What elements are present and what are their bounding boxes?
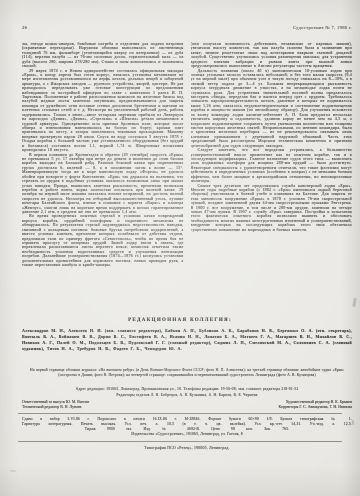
section-editors-line: Редакторы отделов Л. Н. Бобрецов, А. В. …: [22, 393, 352, 397]
divider-rule-top: [18, 413, 342, 414]
scan-smudge: [10, 470, 16, 472]
body-paragraph: лы, гнезда шпиль-анкеров, бомбовые погре…: [22, 42, 184, 69]
page-header: 26 Судостроение № 7, 1986 г.: [22, 25, 352, 30]
staff-credits-right: Художественный редактор В. К. Брыков Кор…: [278, 400, 352, 410]
body-paragraph: Свыше трех десятков лет продолжалась слу…: [191, 184, 353, 233]
imprint-line: Тираж 9900 экз. Изд. № 4692-В. Цена 90 к…: [85, 427, 290, 432]
staff-credits: Ответственный за выпуск Ю. М. Визгин Тех…: [22, 400, 352, 410]
cover-captions-note: На первой странице обложки журнала: «На …: [30, 368, 344, 377]
page-number: 26: [22, 25, 27, 30]
editorial-address-line: Адрес редакции: 191065, Ленинград, Промы…: [22, 387, 352, 391]
scan-smudge: [352, 298, 357, 307]
body-paragraph: Во время проведенных опытных стрельб в у…: [22, 214, 184, 267]
body-paragraph: Следует заметить, что все недоделки устр…: [191, 148, 353, 183]
scan-smudge: [352, 420, 355, 425]
journal-page-scan: 26 Судостроение № 7, 1986 г. лы, гнезда …: [0, 0, 360, 496]
editorial-board-members: Александров М. Н., Алексеев Н. И. (зам. …: [22, 328, 352, 352]
body-paragraph: 29 марта 1874 г. в Новом адмиралтействе …: [22, 69, 184, 153]
article-body: лы, гнезда шпиль-анкеров, бомбовые погре…: [22, 42, 352, 304]
staff-credits-left: Ответственный за выпуск Ю. М. Визгин Тех…: [22, 400, 89, 410]
publisher-line: Издательство «Судостроение», 191065, Лен…: [22, 432, 352, 437]
divider-rule-bottom: [18, 441, 342, 442]
technical-editor-credit: Технический редактор В. Н. Лунаев: [22, 405, 89, 410]
body-paragraph: В первом плавании до Кронштадта и обратн…: [22, 153, 184, 215]
journal-title-header: Судостроение № 7, 1986 г.: [293, 25, 352, 30]
imprint-block: Сдано в набор 3.VI.86 г. Подписано в печ…: [22, 417, 352, 437]
proofreaders-credit: Корректоры Г. С. Аввакумова, Т. Н. Ивано…: [278, 405, 352, 410]
printer-line: Типография ПСО «Резец», 190005, Ленингра…: [22, 446, 352, 450]
body-paragraph: (они получали возможность действовать не…: [191, 42, 353, 69]
article-column-left: лы, гнезда шпиль-анкеров, бомбовые погре…: [22, 42, 184, 304]
editorial-board-heading: РЕДАКЦИОННАЯ КОЛЛЕГИЯ:: [0, 318, 360, 323]
body-paragraph: Дальность плавания (около 40 ч) экономич…: [191, 69, 353, 149]
article-column-right: (они получали возможность действовать не…: [191, 42, 353, 304]
